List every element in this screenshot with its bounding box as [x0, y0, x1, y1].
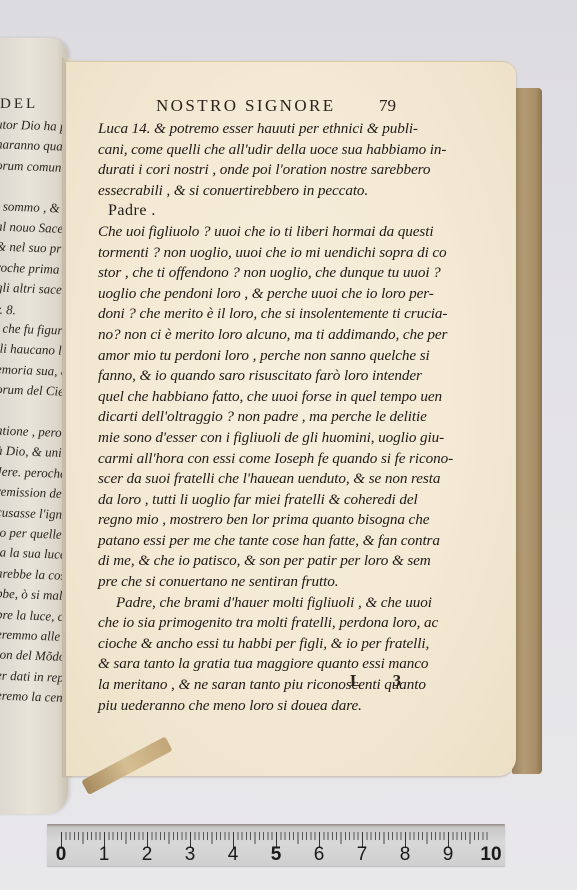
- left-text-line: ion del Mõdo dil: [0, 647, 68, 666]
- ruler-label-1: 1: [99, 844, 110, 866]
- section-heading: Padre .: [98, 201, 433, 222]
- text-line: Luca 14. & potremo esser hauuti per ethn…: [98, 119, 433, 140]
- text-line: pre che si conuertano ne sentiran frutto…: [98, 572, 433, 593]
- left-text-line: remission del qu: [0, 484, 68, 503]
- left-text-line: emoria sua, & col: [0, 361, 68, 380]
- text-line: Padre, che brami d'hauer molti figliuoli…: [98, 593, 433, 614]
- ruler-label-5: 5: [271, 844, 282, 866]
- page-number: 79: [379, 96, 396, 116]
- left-text-line: lli haucano leger: [0, 341, 68, 360]
- text-line: piu uederanno che meno loro si douea dar…: [98, 696, 433, 717]
- text-line: carmi all'hora con essi come Ioseph fe q…: [98, 449, 433, 470]
- text-line: cioche & ancho essi tu habbi per figli, …: [98, 634, 433, 655]
- ruler-label-4: 4: [228, 844, 239, 866]
- left-text-line: Jere. peroche l'p: [0, 463, 68, 482]
- left-text-line: io per quelle non: [0, 524, 68, 543]
- left-text-line: & nel suo primo: [0, 239, 68, 258]
- text-line: da loro , tutti li uoglio far miei frate…: [98, 490, 433, 511]
- left-text-line: bbe, ò si mal dis: [0, 586, 68, 605]
- text-line: regno mio , mostrero ben lor prima quant…: [98, 510, 433, 531]
- text-line: cani, come quelli che all'udir della uoc…: [98, 140, 433, 161]
- text-line: scer da suoi fratelli che l'hauean uendu…: [98, 469, 433, 490]
- left-text-line: er dati in reprob: [0, 667, 68, 686]
- left-text-line: arebbe la cosa pe: [0, 565, 68, 584]
- left-text-line: utor Dio ha prepa: [0, 116, 68, 135]
- left-text-line: à Dio, & unirci: [0, 443, 68, 462]
- ruler-label-3: 3: [185, 844, 196, 866]
- left-text-line: l sommo , & eterno: [0, 198, 68, 217]
- text-line: stor , che ti offendono ? non uoglio, ch…: [98, 263, 433, 284]
- ruler-label-8: 8: [400, 844, 411, 866]
- left-text-line: atione , peroche: [0, 423, 68, 442]
- left-text-line: orum del Cielo, co: [0, 381, 68, 400]
- left-text-line: orum comunione.: [0, 157, 68, 176]
- left-text-line: roche prima egli: [0, 259, 68, 278]
- text-line: no? non ci è merito loro alcuno, ma ti a…: [98, 325, 433, 346]
- text-line: quel che habbiano fatto, che uuoi forse …: [98, 387, 433, 408]
- left-text-line: r. 8.: [0, 301, 16, 318]
- left-page-verso: DEL utor Dio ha prepaharanno quando fuor…: [0, 38, 68, 814]
- left-running-head: DEL: [0, 96, 38, 113]
- main-text-block: Luca 14. & potremo esser hauuti per ethn…: [98, 119, 433, 716]
- text-line: uoglio che pendoni loro , & perche uuoi …: [98, 284, 433, 305]
- text-line: fanno, & io quando saro risuscitato farò…: [98, 366, 433, 387]
- text-line: Che uoi figliuolo ? uuoi che io ti liber…: [98, 222, 433, 243]
- ruler-label-9: 9: [443, 844, 454, 866]
- ruler-label-2: 2: [142, 844, 153, 866]
- left-text-line: eremmo alle tene: [0, 626, 68, 645]
- ruler-label-10: 10: [480, 844, 501, 866]
- text-line: di me, & che io patisco, & son per patir…: [98, 551, 433, 572]
- running-head: NOSTRO SIGNORE: [156, 96, 336, 116]
- text-line: dicarti dell'oltraggio ? non padre , ma …: [98, 407, 433, 428]
- left-text-line: , che fu figurato da: [0, 320, 68, 339]
- left-text-line: bre la luce, che: [0, 606, 68, 625]
- text-line: patano essi per me che tante cose han fa…: [98, 531, 433, 552]
- left-text-line: cusasse l'ignoran: [0, 504, 68, 523]
- ruler-label-0: 0: [56, 844, 67, 866]
- text-line: doni ? che merito è il loro, che si inso…: [98, 304, 433, 325]
- ruler-label-7: 7: [357, 844, 368, 866]
- text-line: mie sono d'esser con i figliuoli de gli …: [98, 428, 433, 449]
- text-line: amor mio tu perdoni loro , perche non sa…: [98, 346, 433, 367]
- left-text-line: gli altri sacerdo: [0, 280, 68, 299]
- text-line: che io sia primogenito tra molti fratell…: [98, 613, 433, 634]
- left-text-line: eremo la cena fe: [0, 688, 68, 707]
- book-cover-edge: [512, 88, 542, 774]
- text-line: durati i cori nostri , onde poi l'oratio…: [98, 160, 433, 181]
- signature-mark: L 3: [350, 671, 415, 691]
- left-text-line: la la sua luce, ò co: [0, 545, 68, 564]
- left-text-line: haranno quando fu: [0, 137, 68, 156]
- ruler-label-6: 6: [314, 844, 325, 866]
- text-line: tormenti ? non uoglio, uuoi che io mi ue…: [98, 243, 433, 264]
- scale-ruler: 012345678910: [47, 824, 505, 866]
- text-line: essecrabili , & si conuertirebbero in pe…: [98, 181, 433, 202]
- left-text-line: al nouo Sacerdo: [0, 219, 68, 238]
